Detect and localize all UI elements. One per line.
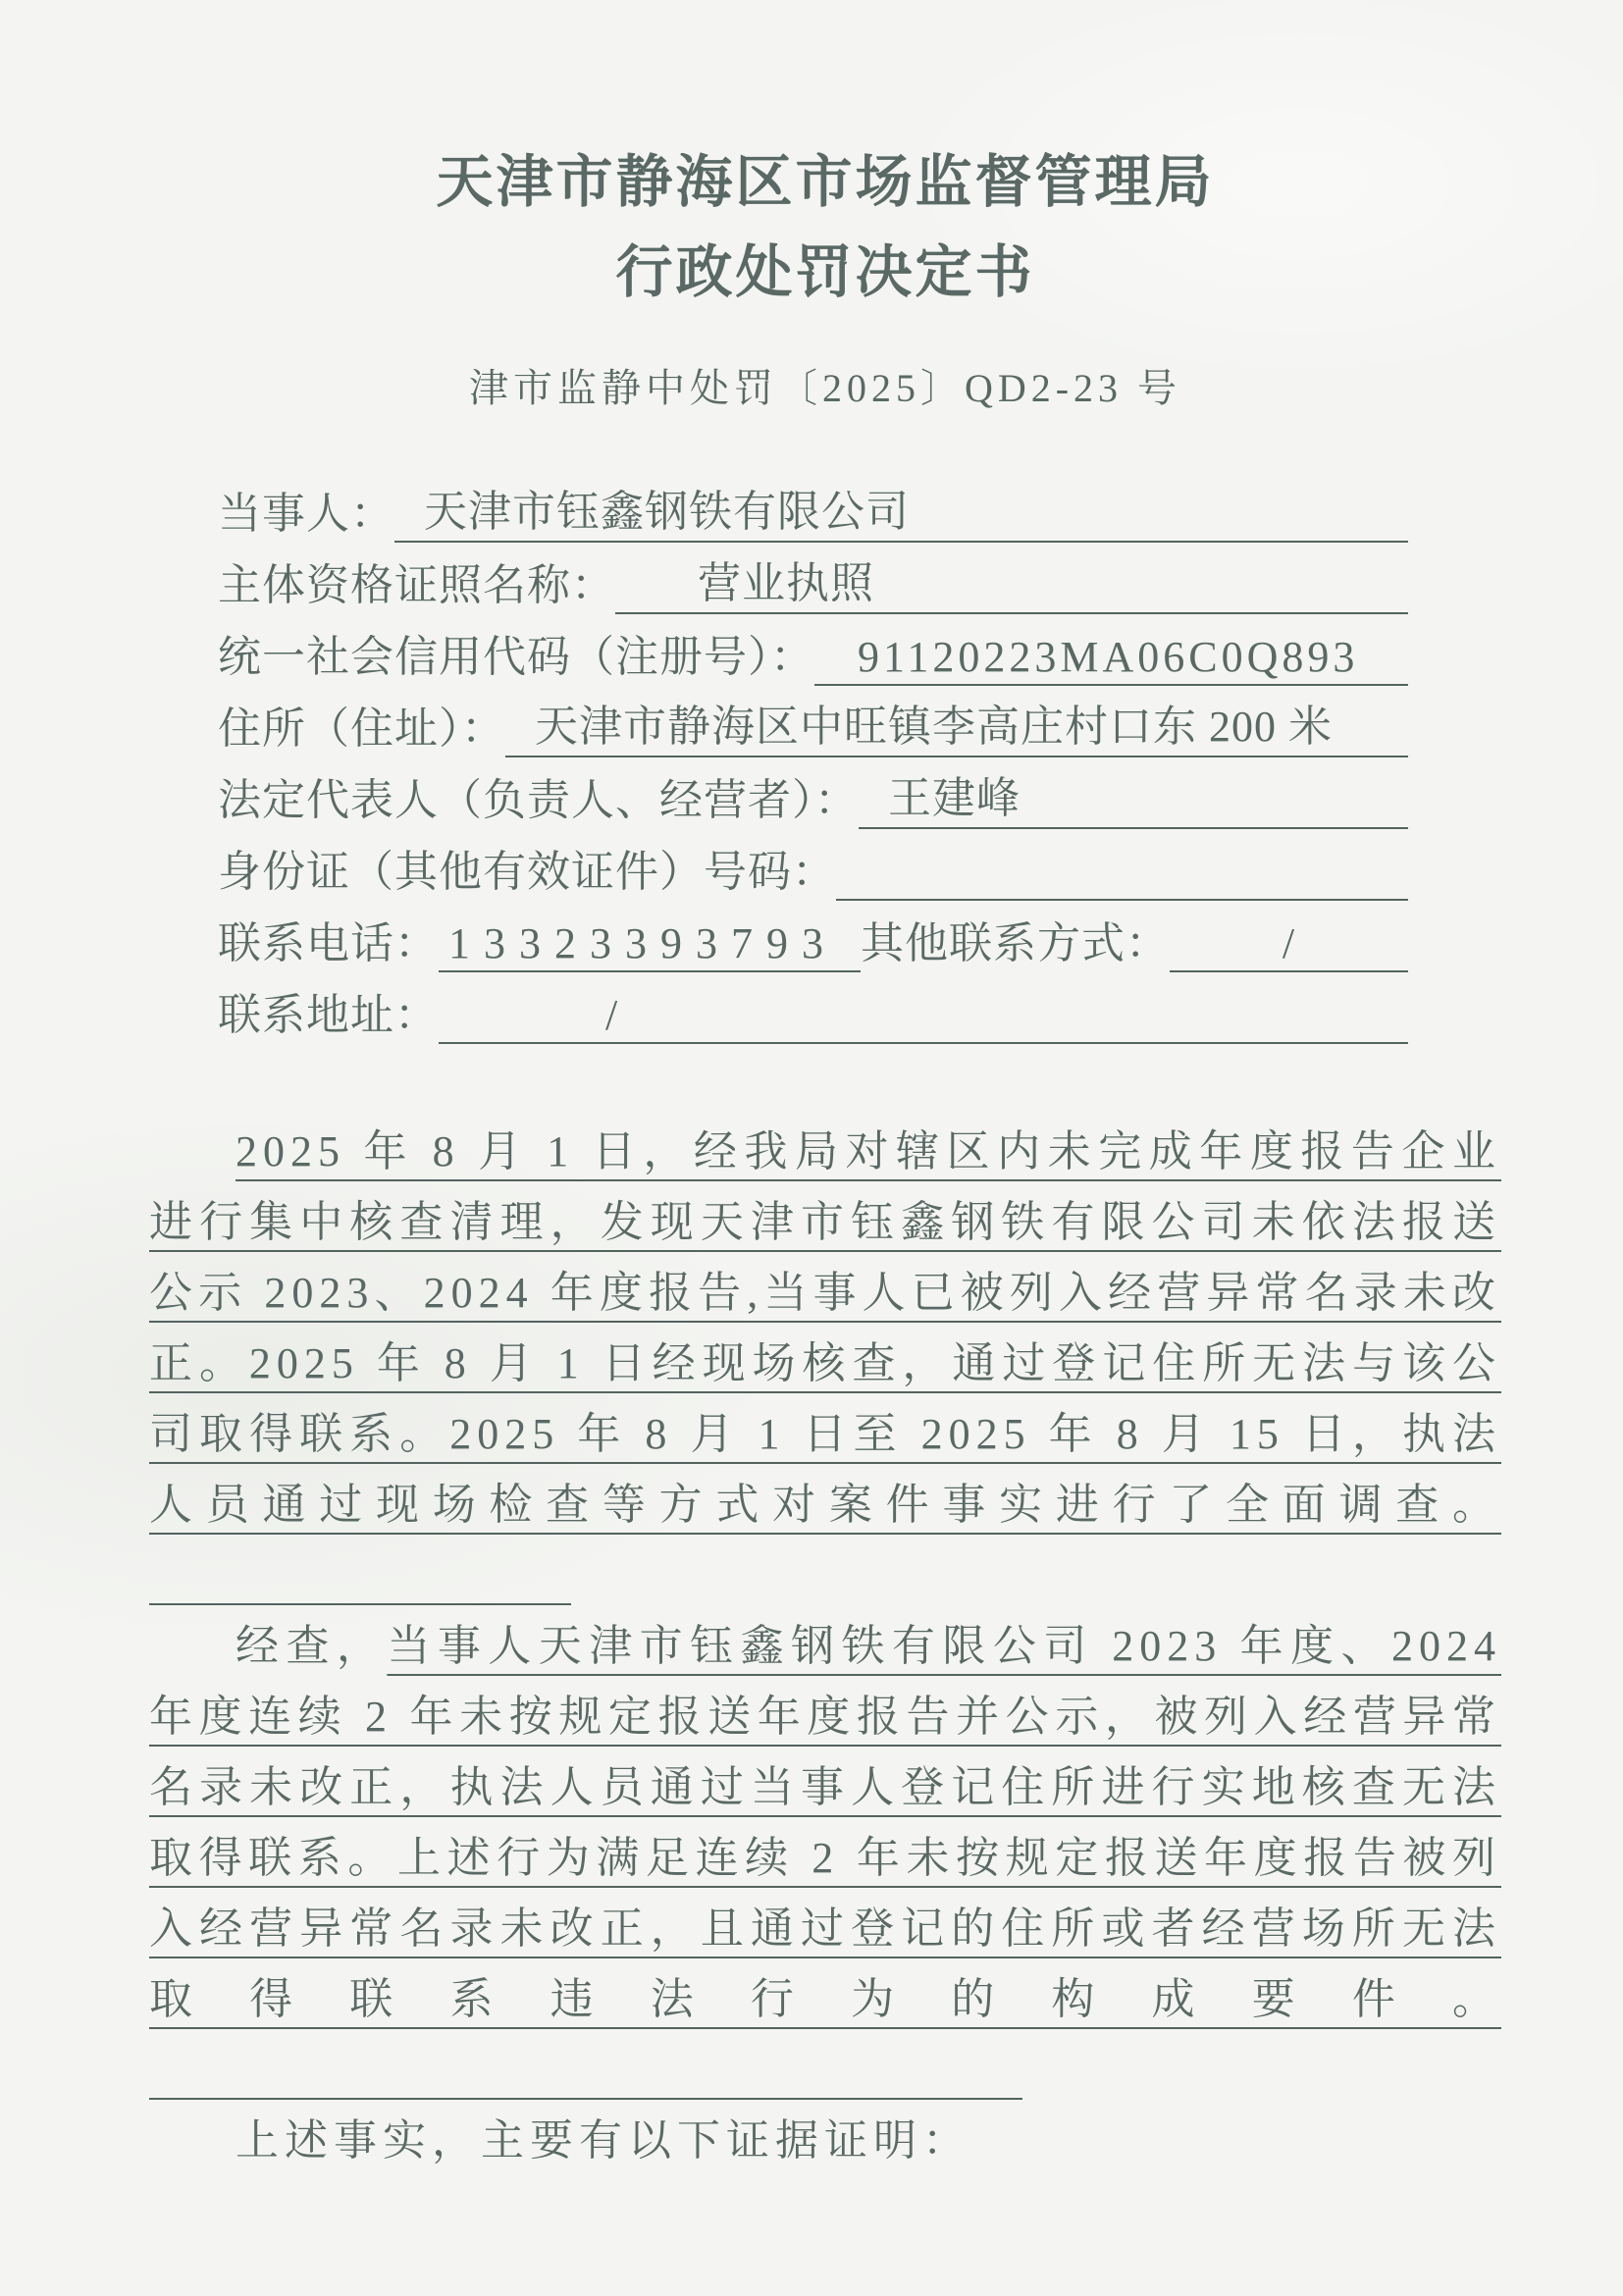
contact-address-value: / xyxy=(439,990,1408,1044)
field-row-id-number: 身份证（其他有效证件）号码： xyxy=(218,829,1408,901)
phone-label: 联系电话： xyxy=(218,908,439,972)
party-information-fields: 当事人： 天津市钰鑫钢铁有限公司 主体资格证照名称： 营业执照 统一社会信用代码… xyxy=(218,471,1408,1044)
license-name-label: 主体资格证照名称： xyxy=(218,549,615,614)
credit-code-value: 91120223MA06C0Q893 xyxy=(814,632,1408,686)
ruled-line-filler xyxy=(149,2098,1022,2100)
paragraph-evidence-intro-text: 上述事实，主要有以下证据证明： xyxy=(236,2116,971,2165)
document-title-line2: 行政处罚决定书 xyxy=(149,228,1501,318)
legal-representative-value: 王建峰 xyxy=(859,762,1408,829)
other-contact-value: / xyxy=(1170,918,1408,972)
field-row-contact-address: 联系地址： / xyxy=(218,972,1408,1044)
paragraph-findings-text: 当事人天津市钰鑫钢铁有限公司 2023 年度、2024 年度连续 2 年未按规定… xyxy=(149,1622,1501,2023)
paragraph-investigation-text: 2025 年 8 月 1 日，经我局对辖区内未完成年度报告企业进行集中核查清理，… xyxy=(149,1127,1501,1529)
license-name-value: 营业执照 xyxy=(615,548,1408,614)
address-label: 住所（住址）： xyxy=(218,693,505,757)
other-contact-label: 其他联系方式： xyxy=(861,908,1170,972)
document-title: 天津市静海区市场监督管理局 行政处罚决定书 xyxy=(149,137,1501,318)
credit-code-label: 统一社会信用代码（注册号）： xyxy=(218,621,814,686)
paragraph-findings: 经查，当事人天津市钰鑫钢铁有限公司 2023 年度、2024 年度连续 2 年未… xyxy=(149,1611,1501,2106)
document-number: 津市监静中处罚〔2025〕QD2-23 号 xyxy=(149,361,1501,416)
field-row-credit-code: 统一社会信用代码（注册号）： 91120223MA06C0Q893 xyxy=(218,614,1408,686)
contact-address-label: 联系地址： xyxy=(218,979,439,1044)
paragraph-investigation: 2025 年 8 月 1 日，经我局对辖区内未完成年度报告企业进行集中核查清理，… xyxy=(149,1117,1501,1611)
id-number-label: 身份证（其他有效证件）号码： xyxy=(218,836,836,901)
field-row-legal-representative: 法定代表人（负责人、经营者）： 王建峰 xyxy=(218,757,1408,829)
phone-value: 13323393793 xyxy=(439,918,861,972)
legal-representative-label: 法定代表人（负责人、经营者）： xyxy=(218,764,859,829)
ruled-line-filler xyxy=(149,1603,571,1605)
field-row-address: 住所（住址）： 天津市静海区中旺镇李高庄村口东 200 米 xyxy=(218,686,1408,757)
party-value: 天津市钰鑫钢铁有限公司 xyxy=(394,476,1408,543)
field-row-phone: 联系电话： 13323393793 其他联系方式： / xyxy=(218,901,1408,972)
document-body: 2025 年 8 月 1 日，经我局对辖区内未完成年度报告企业进行集中核查清理，… xyxy=(149,1117,1501,2176)
paragraph-evidence-intro: 上述事实，主要有以下证据证明： xyxy=(149,2106,1501,2176)
field-row-party: 当事人： 天津市钰鑫钢铁有限公司 xyxy=(218,471,1408,543)
document-title-line1: 天津市静海区市场监督管理局 xyxy=(149,137,1501,228)
id-number-value xyxy=(836,852,1408,901)
penalty-decision-document: 天津市静海区市场监督管理局 行政处罚决定书 津市监静中处罚〔2025〕QD2-2… xyxy=(0,0,1623,2296)
party-label: 当事人： xyxy=(218,478,394,543)
paragraph-findings-lead: 经查， xyxy=(236,1622,387,1670)
address-value: 天津市静海区中旺镇李高庄村口东 200 米 xyxy=(505,691,1408,757)
field-row-license-name: 主体资格证照名称： 营业执照 xyxy=(218,543,1408,614)
